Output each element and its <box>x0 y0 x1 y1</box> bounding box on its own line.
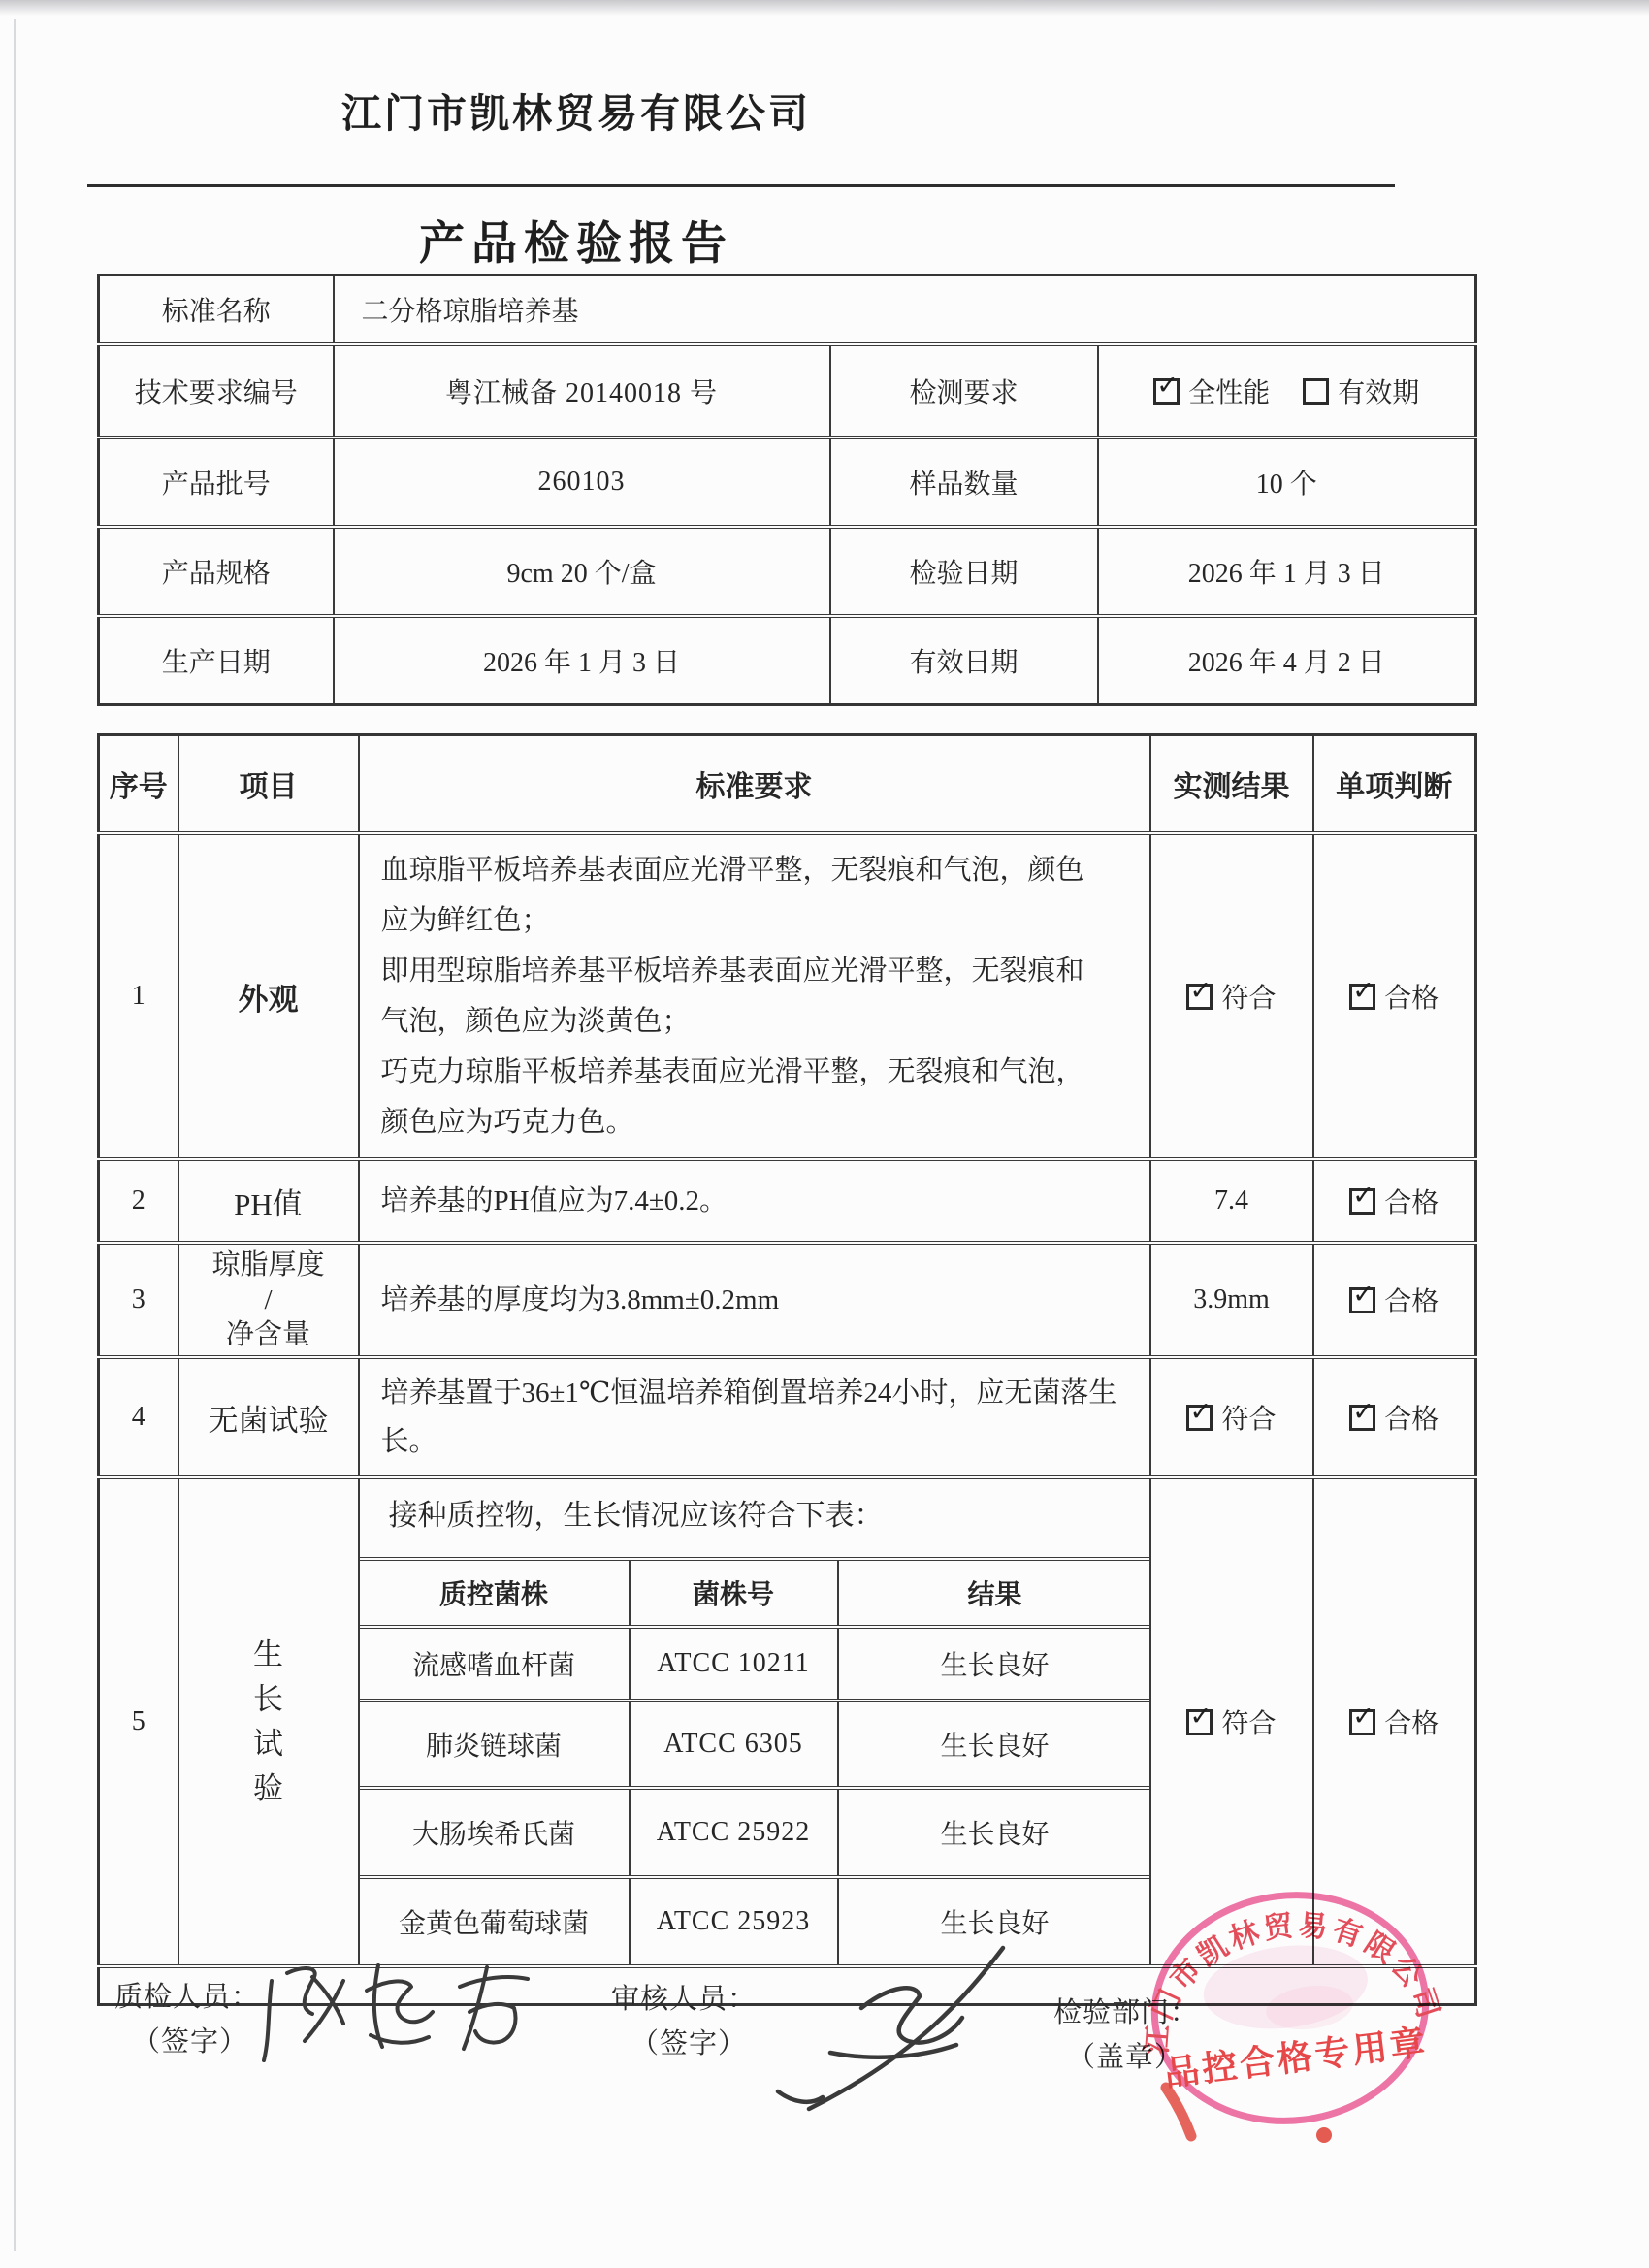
result-row-ph: 2 PH值 培养基的PH值应为7.4±0.2。 7.4 ✓合格 <box>99 1159 1476 1243</box>
prod-date-value: 2026 年 1 月 3 日 <box>334 616 830 705</box>
stamp-ink-streak <box>1166 2088 1191 2136</box>
tech-no-label: 技术要求编号 <box>99 344 334 437</box>
report-title: 产品检验报告 <box>95 208 1057 273</box>
check-mark-icon: ✓ <box>1352 1399 1374 1425</box>
col-header-judgement: 单项判断 <box>1313 735 1476 834</box>
row5-judgement-text: 合格 <box>1384 1709 1439 1739</box>
tech-no-value: 粤江械备 20140018 号 <box>334 344 830 437</box>
row2-requirement: 培养基的PH值应为7.4±0.2。 <box>359 1159 1150 1243</box>
col-header-no: 序号 <box>99 735 178 834</box>
check-mark-icon: ✓ <box>1352 978 1374 1004</box>
standard-name-value: 二分格琼脂培养基 <box>334 275 1476 345</box>
row2-result: 7.4 <box>1150 1159 1313 1243</box>
reviewer-label: 审核人员： <box>611 1977 757 2017</box>
prod-date-label: 生产日期 <box>99 616 334 705</box>
test-req-option-expiry: 有效期 <box>1338 378 1419 408</box>
checkbox-checked-icon: ✓ <box>1349 1188 1375 1215</box>
row3-requirement: 培养基的厚度均为3.8mm±0.2mm <box>359 1243 1150 1357</box>
checkbox-checked-icon: ✓ <box>1153 378 1180 405</box>
info-row-tech-no: 技术要求编号 粤江械备 20140018 号 检测要求 ✓全性能有效期 <box>99 344 1476 437</box>
row3-judgement-text: 合格 <box>1384 1287 1439 1317</box>
check-mark-icon: ✓ <box>1189 978 1212 1004</box>
row4-judgement-text: 合格 <box>1384 1405 1439 1435</box>
test-req-option-full: 全性能 <box>1188 378 1270 408</box>
qc-person-label: 质检人员： <box>114 1975 260 2015</box>
spec-label: 产品规格 <box>99 527 334 616</box>
check-mark-icon: ✓ <box>1352 1281 1374 1308</box>
test-req-options: ✓全性能有效期 <box>1098 344 1476 437</box>
checkbox-checked-icon: ✓ <box>1349 1405 1375 1431</box>
scan-edge-shadow <box>0 0 1649 16</box>
strain-number: ATCC 25922 <box>630 1788 838 1877</box>
row3-item: 琼脂厚度 / 净含量 <box>178 1243 359 1357</box>
growth-row-e-coli: 大肠埃希氏菌 ATCC 25922 生长良好 <box>360 1788 1150 1877</box>
scanned-inspection-report: { "page": { "company": "江门市凯林贸易有限公司", "r… <box>0 0 1649 2268</box>
check-mark-icon: ✓ <box>1189 1703 1212 1730</box>
row1-requirement: 血琼脂平板培养基表面应光滑平整，无裂痕和气泡，颜色 应为鲜红色； 即用型琼脂培养… <box>359 833 1150 1159</box>
check-mark-icon: ✓ <box>1352 1183 1374 1209</box>
strain-result: 生长良好 <box>838 1701 1150 1788</box>
expiry-label: 有效日期 <box>830 616 1098 705</box>
row4-item: 无菌试验 <box>178 1357 359 1477</box>
test-date-label: 检验日期 <box>830 527 1098 616</box>
row2-judgement-text: 合格 <box>1384 1188 1439 1218</box>
checkbox-checked-icon: ✓ <box>1186 1405 1212 1431</box>
check-mark-icon: ✓ <box>1156 373 1179 399</box>
info-row-standard-name: 标准名称 二分格琼脂培养基 <box>99 275 1476 345</box>
strain-name: 流感嗜血杆菌 <box>360 1627 630 1701</box>
growth-intro-text: 接种质控物，生长情况应该符合下表： <box>360 1479 1149 1538</box>
check-mark-icon: ✓ <box>1352 1703 1374 1730</box>
strain-number: ATCC 6305 <box>630 1701 838 1788</box>
row1-judgement-text: 合格 <box>1384 984 1439 1014</box>
reviewer-signature-handwriting <box>772 1936 1034 2130</box>
result-row-thickness: 3 琼脂厚度 / 净含量 培养基的厚度均为3.8mm±0.2mm 3.9mm ✓… <box>99 1243 1476 1357</box>
expiry-value: 2026 年 4 月 2 日 <box>1098 616 1476 705</box>
row4-requirement: 培养基置于36±1℃恒温培养箱倒置培养24小时，应无菌落生长。 <box>359 1357 1150 1477</box>
sample-qty-label: 样品数量 <box>830 437 1098 527</box>
row1-result-text: 符合 <box>1221 984 1276 1014</box>
row5-item: 生 长 试 验 <box>178 1477 359 1966</box>
row4-result: ✓符合 <box>1150 1357 1313 1477</box>
row2-item: PH值 <box>178 1159 359 1243</box>
strain-result: 生长良好 <box>838 1788 1150 1877</box>
inspection-result-table: 序号 项目 标准要求 实测结果 单项判断 1 外观 血琼脂平板培养基表面应光滑平… <box>97 733 1477 2006</box>
row1-result: ✓符合 <box>1150 833 1313 1159</box>
growth-col-strain-no: 菌株号 <box>630 1559 838 1627</box>
info-row-spec: 产品规格 9cm 20 个/盒 检验日期 2026 年 1 月 3 日 <box>99 527 1476 616</box>
strain-result: 生长良好 <box>838 1627 1150 1701</box>
strain-name: 肺炎链球菌 <box>360 1701 630 1788</box>
company-qc-stamp: 江门市凯林贸易有限公司 品控合格专用章 <box>1115 1863 1465 2173</box>
row5-no: 5 <box>99 1477 178 1966</box>
row3-result: 3.9mm <box>1150 1243 1313 1357</box>
strain-name: 大肠埃希氏菌 <box>360 1788 630 1877</box>
row3-no: 3 <box>99 1243 178 1357</box>
checkbox-checked-icon: ✓ <box>1186 1709 1212 1735</box>
result-header-row: 序号 项目 标准要求 实测结果 单项判断 <box>99 735 1476 834</box>
result-row-appearance: 1 外观 血琼脂平板培养基表面应光滑平整，无裂痕和气泡，颜色 应为鲜红色； 即用… <box>99 833 1476 1159</box>
info-row-batch: 产品批号 260103 样品数量 10 个 <box>99 437 1476 527</box>
batch-value: 260103 <box>334 437 830 527</box>
col-header-requirement: 标准要求 <box>359 735 1150 834</box>
checkbox-checked-icon: ✓ <box>1186 984 1212 1010</box>
standard-name-label: 标准名称 <box>99 275 334 345</box>
reviewer-sign-sublabel: （签字） <box>630 2022 747 2061</box>
row1-judgement: ✓合格 <box>1313 833 1476 1159</box>
result-row-sterility: 4 无菌试验 培养基置于36±1℃恒温培养箱倒置培养24小时，应无菌落生长。 ✓… <box>99 1357 1476 1477</box>
growth-strain-table: 质控菌株 菌株号 结果 流感嗜血杆菌 ATCC 10211 生长良好 肺炎链球菌… <box>360 1557 1150 1964</box>
company-title: 江门市凯林贸易有限公司 <box>95 81 1057 139</box>
title-divider <box>87 184 1395 187</box>
qc-signature-handwriting <box>254 1952 574 2078</box>
growth-row-h-influenzae: 流感嗜血杆菌 ATCC 10211 生长良好 <box>360 1627 1150 1701</box>
col-header-result: 实测结果 <box>1150 735 1313 834</box>
row4-result-text: 符合 <box>1221 1405 1276 1435</box>
row4-judgement: ✓合格 <box>1313 1357 1476 1477</box>
test-req-label: 检测要求 <box>830 344 1098 437</box>
row5-requirement: 接种质控物，生长情况应该符合下表： 质控菌株 菌株号 结果 流感嗜血杆菌 ATC… <box>359 1477 1150 1966</box>
sample-qty-value: 10 个 <box>1098 437 1476 527</box>
row2-no: 2 <box>99 1159 178 1243</box>
strain-number: ATCC 10211 <box>630 1627 838 1701</box>
info-row-prod-date: 生产日期 2026 年 1 月 3 日 有效日期 2026 年 4 月 2 日 <box>99 616 1476 705</box>
row5-result-text: 符合 <box>1221 1709 1276 1739</box>
col-header-item: 项目 <box>178 735 359 834</box>
growth-col-strain: 质控菌株 <box>360 1559 630 1627</box>
checkbox-checked-icon: ✓ <box>1349 984 1375 1010</box>
row2-judgement: ✓合格 <box>1313 1159 1476 1243</box>
spec-value: 9cm 20 个/盒 <box>334 527 830 616</box>
row3-judgement: ✓合格 <box>1313 1243 1476 1357</box>
checkbox-checked-icon: ✓ <box>1349 1287 1375 1313</box>
row1-item: 外观 <box>178 833 359 1159</box>
stamp-ink-dot <box>1316 2127 1332 2143</box>
checkbox-checked-icon: ✓ <box>1349 1709 1375 1735</box>
check-mark-icon: ✓ <box>1189 1399 1212 1425</box>
batch-label: 产品批号 <box>99 437 334 527</box>
growth-row-s-pneumoniae: 肺炎链球菌 ATCC 6305 生长良好 <box>360 1701 1150 1788</box>
growth-header-row: 质控菌株 菌株号 结果 <box>360 1559 1150 1627</box>
qc-sign-sublabel: （签字） <box>132 2020 248 2059</box>
row4-no: 4 <box>99 1357 178 1477</box>
checkbox-unchecked-icon <box>1303 378 1329 405</box>
growth-col-result: 结果 <box>838 1559 1150 1627</box>
test-date-value: 2026 年 1 月 3 日 <box>1098 527 1476 616</box>
row1-no: 1 <box>99 833 178 1159</box>
scan-left-edge-line <box>14 19 16 2251</box>
product-info-table: 标准名称 二分格琼脂培养基 技术要求编号 粤江械备 20140018 号 检测要… <box>97 274 1477 706</box>
